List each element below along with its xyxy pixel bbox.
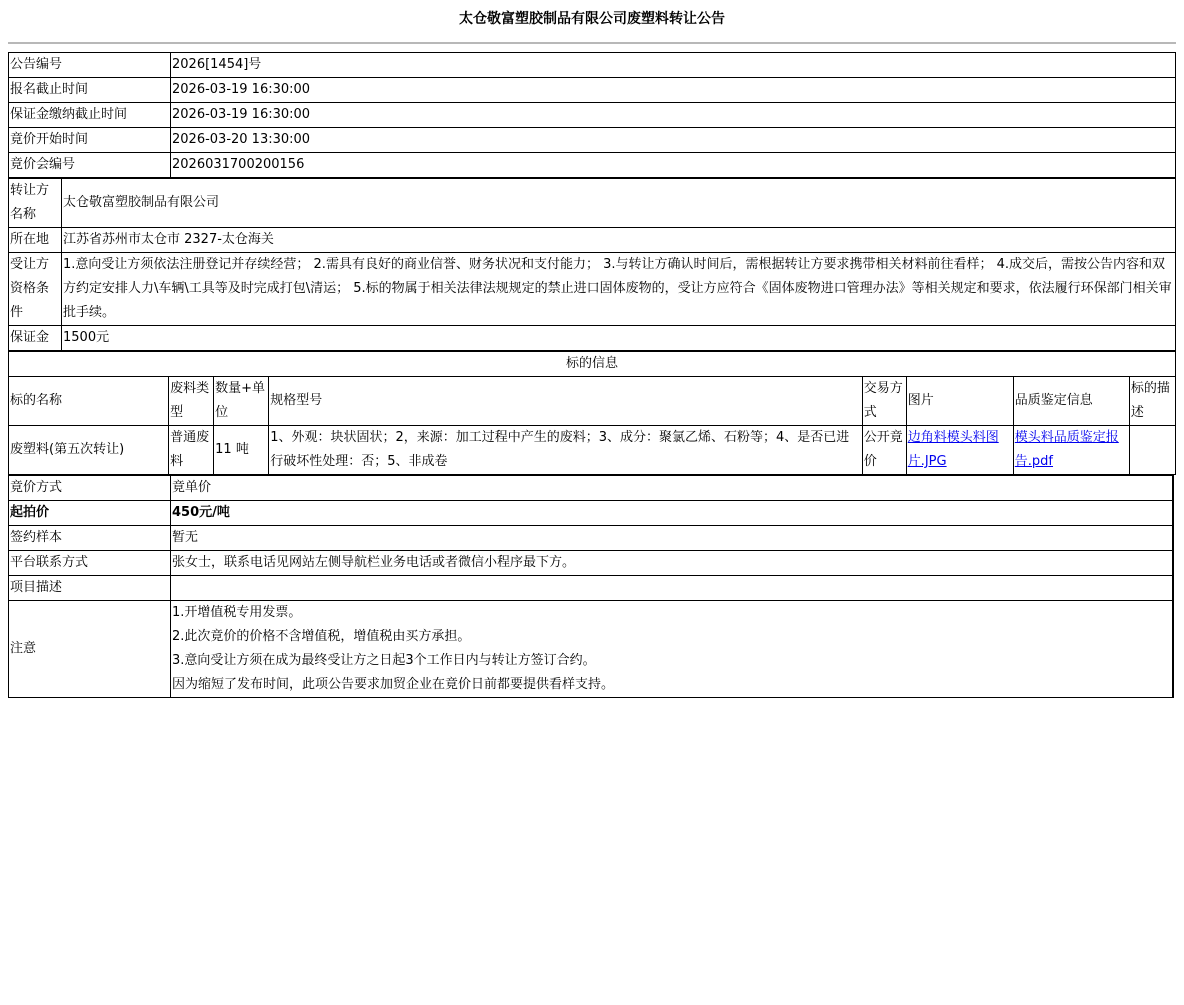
note-item: 因为缩短了发布时间，此项公告要求加贸企业在竟价日前都要提供看样支持。 [172,673,1171,697]
table-row: 竟价方式 竟单价 [9,476,1174,501]
deposit-deadline-value: 2026-03-19 16:30:00 [171,103,1176,128]
transferor-name-value: 太仓敬富塑胶制品有限公司 [62,179,1176,228]
start-price-label: 起拍价 [9,501,171,526]
table-row: 起拍价 450元/吨 [9,501,1174,526]
project-description-label: 项目描述 [9,576,171,601]
deposit-value: 1500元 [62,326,1176,351]
note-item: 2.此次竟价的价格不含增值税，增值税由买方承担。 [172,625,1171,649]
deposit-deadline-label: 保证金缴纳截止时间 [9,103,171,128]
header-quality: 品质鉴定信息 [1013,377,1129,426]
registration-deadline-label: 报名截止时间 [9,78,171,103]
lot-trade-method: 公开竟价 [862,426,906,475]
contract-sample-value: 暂无 [171,526,1174,551]
note-item: 1.开增值税专用发票。 [172,601,1171,625]
title-divider [8,42,1176,44]
lot-image-cell: 边角料模头料图片.JPG [906,426,1013,475]
transferor-table: 转让方名称 太仓敬富塑胶制品有限公司 所在地 江苏省苏州市太仓市 2327-太仓… [8,178,1176,351]
header-lot-name: 标的名称 [9,377,169,426]
table-row: 转让方名称 太仓敬富塑胶制品有限公司 [9,179,1176,228]
project-description-value [171,576,1174,601]
table-row: 报名截止时间 2026-03-19 16:30:00 [9,78,1176,103]
lot-quality-report-link[interactable]: 模头料品质鉴定报告.pdf [1015,430,1119,469]
platform-contact-value: 张女士，联系电话见网站左侧导航栏业务电话或者微信小程序最下方。 [171,551,1174,576]
table-row: 公告编号 2026[1454]号 [9,53,1176,78]
lot-waste-type: 普通废料 [169,426,214,475]
auction-number-label: 竟价会编号 [9,153,171,178]
table-header-row: 标的名称 废料类型 数量+单位 规格型号 交易方式 图片 品质鉴定信息 标的描述 [9,377,1176,426]
auction-start-label: 竟价开始时间 [9,128,171,153]
table-row: 受让方资格条件 1.意向受让方须依法注册登记并存续经营； 2.需具有良好的商业信… [9,253,1176,326]
auction-start-value: 2026-03-20 13:30:00 [171,128,1176,153]
table-row: 项目描述 [9,576,1174,601]
header-spec: 规格型号 [269,377,863,426]
page-title: 太仓敬富塑胶制品有限公司废塑料转让公告 [0,0,1184,32]
table-row: 竟价开始时间 2026-03-20 13:30:00 [9,128,1176,153]
table-row: 标的信息 [9,352,1176,377]
lot-quantity: 11 吨 [214,426,269,475]
table-row: 废塑料(第五次转让) 普通废料 11 吨 1、外观：块状固状；2，来源：加工过程… [9,426,1176,475]
lot-spec: 1、外观：块状固状；2，来源：加工过程中产生的废料；3、成分：聚氯乙烯、石粉等；… [269,426,863,475]
lot-info-section-title: 标的信息 [9,352,1176,377]
header-quantity: 数量+单位 [214,377,269,426]
auction-number-value: 2026031700200156 [171,153,1176,178]
table-row: 签约样本 暂无 [9,526,1174,551]
note-item: 3.意向受让方须在成为最终受让方之日起3个工作日内与转让方签订合约。 [172,649,1171,673]
lot-info-table: 标的信息 标的名称 废料类型 数量+单位 规格型号 交易方式 图片 品质鉴定信息… [8,351,1176,475]
platform-contact-label: 平台联系方式 [9,551,171,576]
start-price-value: 450元/吨 [171,501,1174,526]
lot-description [1129,426,1175,475]
location-value: 江苏省苏州市太仓市 2327-太仓海关 [62,228,1176,253]
auction-table: 竟价方式 竟单价 起拍价 450元/吨 签约样本 暂无 平台联系方式 张女士，联… [8,475,1174,698]
auction-method-value: 竟单价 [171,476,1174,501]
notes-label: 注意 [9,601,171,698]
table-row: 竟价会编号 2026031700200156 [9,153,1176,178]
deposit-label: 保证金 [9,326,62,351]
header-image: 图片 [906,377,1013,426]
announcement-number-value: 2026[1454]号 [171,53,1176,78]
table-row: 保证金 1500元 [9,326,1176,351]
transferor-name-label: 转让方名称 [9,179,62,228]
registration-deadline-value: 2026-03-19 16:30:00 [171,78,1176,103]
lot-name: 废塑料(第五次转让) [9,426,169,475]
header-description: 标的描述 [1129,377,1175,426]
table-row: 平台联系方式 张女士，联系电话见网站左侧导航栏业务电话或者微信小程序最下方。 [9,551,1174,576]
basic-info-table: 公告编号 2026[1454]号 报名截止时间 2026-03-19 16:30… [8,52,1176,178]
auction-method-label: 竟价方式 [9,476,171,501]
qualification-value: 1.意向受让方须依法注册登记并存续经营； 2.需具有良好的商业信誉、财务状况和支… [62,253,1176,326]
table-row: 保证金缴纳截止时间 2026-03-19 16:30:00 [9,103,1176,128]
table-row: 注意 1.开增值税专用发票。 2.此次竟价的价格不含增值税，增值税由买方承担。 … [9,601,1174,698]
qualification-label: 受让方资格条件 [9,253,62,326]
header-trade-method: 交易方式 [862,377,906,426]
header-waste-type: 废料类型 [169,377,214,426]
location-label: 所在地 [9,228,62,253]
notes-value: 1.开增值税专用发票。 2.此次竟价的价格不含增值税，增值税由买方承担。 3.意… [171,601,1174,698]
contract-sample-label: 签约样本 [9,526,171,551]
announcement-content: 公告编号 2026[1454]号 报名截止时间 2026-03-19 16:30… [8,52,1176,698]
lot-quality-cell: 模头料品质鉴定报告.pdf [1013,426,1129,475]
announcement-number-label: 公告编号 [9,53,171,78]
table-row: 所在地 江苏省苏州市太仓市 2327-太仓海关 [9,228,1176,253]
lot-image-link[interactable]: 边角料模头料图片.JPG [908,430,999,469]
